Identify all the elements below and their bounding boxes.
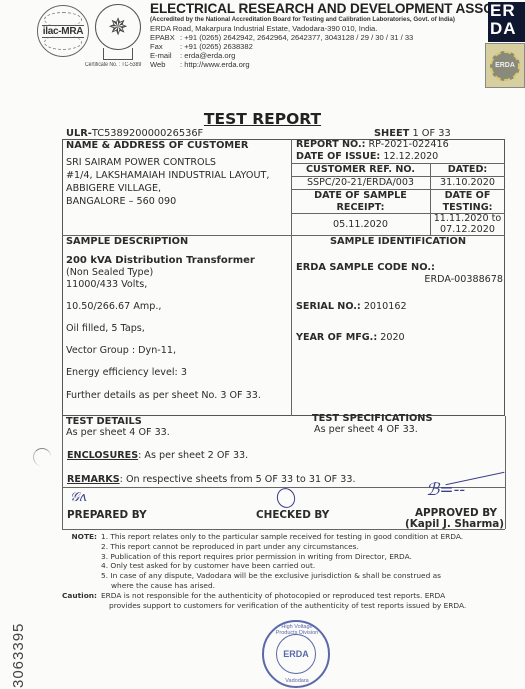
testing-date-label: DATE OFTESTING: — [430, 190, 505, 214]
organization-address: ERDA Road, Makarpura Industrial Estate, … — [150, 24, 377, 33]
checked-signature — [274, 486, 298, 511]
contact-fax: Fax: +91 (0265) 2638382 — [150, 42, 253, 51]
testing-date-range: 11.11.2020 to07.12.2020 — [430, 213, 505, 235]
organization-name: ELECTRICAL RESEARCH AND DEVELOPMENT ASSO… — [150, 1, 525, 16]
sample-further-details: Further details as per sheet No. 3 OF 33… — [66, 390, 261, 402]
sample-type: (Non Sealed Type) — [66, 267, 261, 279]
sample-title: 200 kVA Distribution Transformer — [66, 255, 261, 267]
sample-volts: 11000/433 Volts, — [66, 279, 261, 291]
issue-date: DATE OF ISSUE: 12.12.2020 — [296, 151, 438, 163]
signature-stroke — [446, 472, 505, 485]
sample-efficiency: Energy efficiency level: 3 — [66, 367, 261, 379]
nabl-logo: ✵ — [95, 4, 141, 50]
checked-by: CHECKED BY — [256, 509, 329, 521]
year-of-mfg: YEAR OF MFG.: 2020 — [296, 331, 405, 344]
sample-receipt-date: 05.11.2020 — [291, 219, 430, 231]
customer-ref-label: CUSTOMER REF. NO. — [291, 164, 430, 176]
document-serial-number: 3063395 — [10, 623, 27, 688]
approver-name: (Kapil J. Sharma) — [405, 518, 504, 530]
erda-logo: ERDA — [488, 2, 525, 42]
nabl-emblem-icon: ✵ — [108, 15, 128, 39]
certificate-number: Certificate No. : TC-5389 — [85, 62, 141, 68]
dated-value: 31.10.2020 — [430, 177, 505, 189]
contact-email: E-mail: erda@erda.org — [150, 51, 235, 60]
erda-sample-code-label: ERDA SAMPLE CODE NO.: — [296, 262, 435, 273]
stamp-bottom-text: Vadodara — [272, 678, 322, 684]
customer-section: NAME & ADDRESS OF CUSTOMER SRI SAIRAM PO… — [66, 140, 269, 208]
dated-label: DATED: — [430, 164, 505, 176]
accreditation-text: (Accredited by the National Accreditatio… — [150, 16, 455, 23]
page-title: TEST REPORT — [0, 110, 525, 128]
contact-web: Web: http://www.erda.org — [150, 60, 250, 69]
erda-sample-code: ERDA-00388678 — [424, 273, 503, 286]
sample-description-section: SAMPLE DESCRIPTION 200 kVA Distribution … — [66, 236, 261, 402]
notes-section: NOTE:1. This report relates only to the … — [48, 532, 466, 610]
report-number: REPORT NO.: RP-2021-022416 — [296, 139, 449, 151]
nabl-logo-stand — [103, 48, 133, 60]
customer-heading: NAME & ADDRESS OF CUSTOMER — [66, 140, 269, 151]
sample-amps: 10.50/266.67 Amp., — [66, 301, 261, 313]
stamp-top-text: High Voltage Products Division — [272, 624, 322, 636]
remarks: REMARKS: On respective sheets from 5 OF … — [67, 473, 356, 486]
punch-hole-mark — [33, 448, 51, 466]
ulr-number: ULR-TC538920000026536F — [66, 128, 203, 139]
approved-signature: ℬ=-- — [426, 480, 465, 500]
contact-epabx: EPABX: +91 (0265) 2642942, 2642964, 2642… — [150, 33, 413, 42]
enclosures: ENCLOSURES: As per sheet 2 OF 33. — [67, 449, 248, 462]
erda-seal-icon: ERDA — [485, 43, 525, 88]
ilac-mra-logo: ilac-MRA — [37, 5, 89, 57]
sample-receipt-label: DATE OF SAMPLERECEIPT: — [291, 190, 430, 214]
test-details-section: TEST DETAILS As per sheet 4 OF 33. — [66, 416, 170, 438]
sample-description-heading: SAMPLE DESCRIPTION — [66, 236, 261, 247]
customer-address: SRI SAIRAM POWER CONTROLS #1/4, LAKSHAMA… — [66, 156, 269, 208]
sample-oil: Oil filled, 5 Taps, — [66, 323, 261, 335]
serial-number: SERIAL NO.: 2010162 — [296, 300, 407, 313]
prepared-by: PREPARED BY — [67, 509, 147, 521]
sheet-number: SHEET 1 OF 33 — [374, 128, 451, 139]
sample-vector-group: Vector Group : Dyn-11, — [66, 345, 261, 357]
prepared-signature: 𝒢ʌ — [70, 490, 87, 505]
customer-ref-value: SSPC/20-21/ERDA/003 — [291, 177, 430, 189]
test-specifications-section: TEST SPECIFICATIONS As per sheet 4 OF 33… — [312, 413, 433, 435]
sample-identification-heading: SAMPLE IDENTIFICATION — [291, 236, 505, 247]
